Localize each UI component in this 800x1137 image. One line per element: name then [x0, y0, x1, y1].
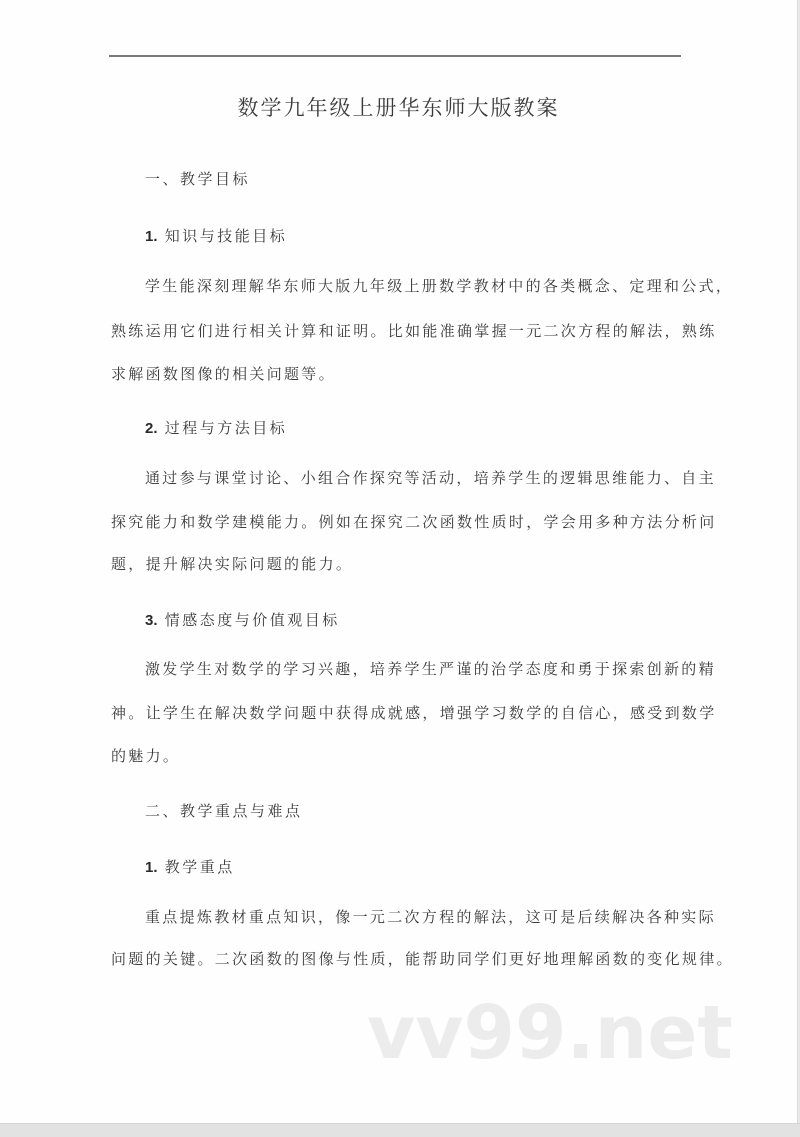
subsection-number: 2.: [145, 420, 158, 437]
subsection-number: 1.: [145, 228, 158, 245]
paragraph-line: 题，提升解决实际问题的能力。: [111, 553, 353, 574]
section-heading-key-difficult-points: 二、教学重点与难点: [145, 800, 303, 821]
document-title: 数学九年级上册华东师大版教案: [0, 92, 797, 122]
paragraph-line: 神。让学生在解决数学问题中获得成就感，增强学习数学的自信心，感受到数学: [111, 702, 717, 723]
paragraph-line: 通过参与课堂讨论、小组合作探究等活动，培养学生的逻辑思维能力、自主: [145, 467, 716, 488]
paragraph-line: 学生能深刻理解华东师大版九年级上册数学教材中的各类概念、定理和公式，: [145, 275, 733, 296]
paragraph-line: 重点提炼教材重点知识，像一元二次方程的解法，这可是后续解决各种实际: [145, 906, 716, 927]
page-bottom-edge: [0, 1123, 800, 1137]
subsection-title: 情感态度与价值观目标: [165, 611, 340, 629]
section-heading-teaching-goals: 一、教学目标: [145, 168, 250, 189]
subsection-number: 3.: [145, 612, 158, 629]
subsection-heading-teaching-focus: 1. 教学重点: [145, 856, 235, 877]
header-rule: [109, 55, 681, 57]
subsection-title: 知识与技能目标: [165, 227, 288, 245]
paragraph-line: 探究能力和数学建模能力。例如在探究二次函数性质时，学会用多种方法分析问: [111, 511, 717, 532]
paragraph-line: 求解函数图像的相关问题等。: [111, 363, 336, 384]
paragraph-line: 的魅力。: [111, 745, 180, 766]
document-page: 数学九年级上册华东师大版教案 一、教学目标 1. 知识与技能目标 学生能深刻理解…: [0, 0, 798, 1123]
subsection-heading-process-methods: 2. 过程与方法目标: [145, 417, 287, 438]
paragraph-line: 激发学生对数学的学习兴趣，培养学生严谨的治学态度和勇于探索创新的精: [145, 658, 716, 679]
watermark-text: vv99.net: [367, 990, 733, 1076]
paragraph-line: 问题的关键。二次函数的图像与性质，能帮助同学们更好地理解函数的变化规律。: [111, 948, 734, 969]
subsection-heading-knowledge-skills: 1. 知识与技能目标: [145, 225, 287, 246]
subsection-number: 1.: [145, 859, 158, 876]
subsection-title: 过程与方法目标: [165, 419, 288, 437]
subsection-heading-attitude-values: 3. 情感态度与价值观目标: [145, 609, 340, 630]
subsection-title: 教学重点: [165, 858, 235, 876]
paragraph-line: 熟练运用它们进行相关计算和证明。比如能准确掌握一元二次方程的解法，熟练: [111, 320, 717, 341]
